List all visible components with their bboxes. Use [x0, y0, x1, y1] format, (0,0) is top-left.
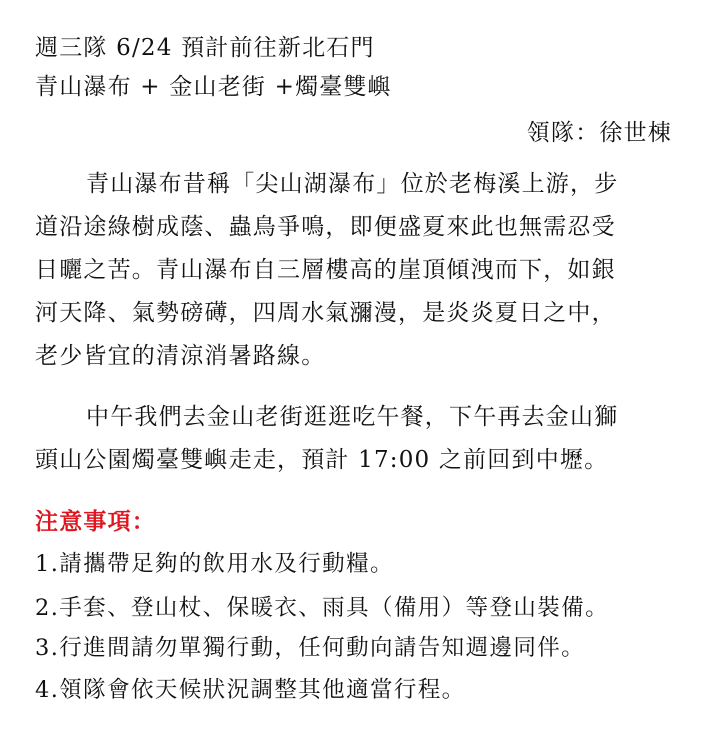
paragraph-line: 頭山公園燭臺雙嶼走走，預計 17:00 之前回到中壢。: [35, 446, 608, 474]
notice-item: 3.行進間請勿單獨行動，任何動向請告知週邊同伴。: [35, 634, 585, 662]
notice-heading: 注意事項：: [35, 508, 156, 536]
title-line-1: 週三隊 6/24 預計前往新北石門: [35, 34, 375, 62]
leader-name: 領隊：徐世棟: [527, 119, 672, 147]
notice-item: 1.請攜帶足夠的飲用水及行動糧。: [35, 550, 394, 578]
title-line-2: 青山瀑布 + 金山老街 +燭臺雙嶼: [35, 73, 392, 101]
paragraph-line: 青山瀑布昔稱「尖山湖瀑布」位於老梅溪上游，步: [86, 170, 618, 198]
paragraph-line: 中午我們去金山老街逛逛吃午餐，下午再去金山獅: [86, 403, 618, 431]
notice-item: 2.手套、登山杖、保暖衣、雨具（備用）等登山裝備。: [35, 594, 609, 622]
paragraph-line: 日曬之苦。青山瀑布自三層樓高的崖頂傾洩而下，如銀: [35, 256, 616, 284]
notice-item: 4.領隊會依天候狀況調整其他適當行程。: [35, 676, 466, 704]
paragraph-line: 老少皆宜的清涼消暑路線。: [35, 342, 325, 370]
paragraph-line: 道沿途綠樹成蔭、蟲鳥爭鳴，即便盛夏來此也無需忍受: [35, 213, 616, 241]
paragraph-line: 河天降、氣勢磅礡，四周水氣瀰漫，是炎炎夏日之中，: [35, 299, 616, 327]
